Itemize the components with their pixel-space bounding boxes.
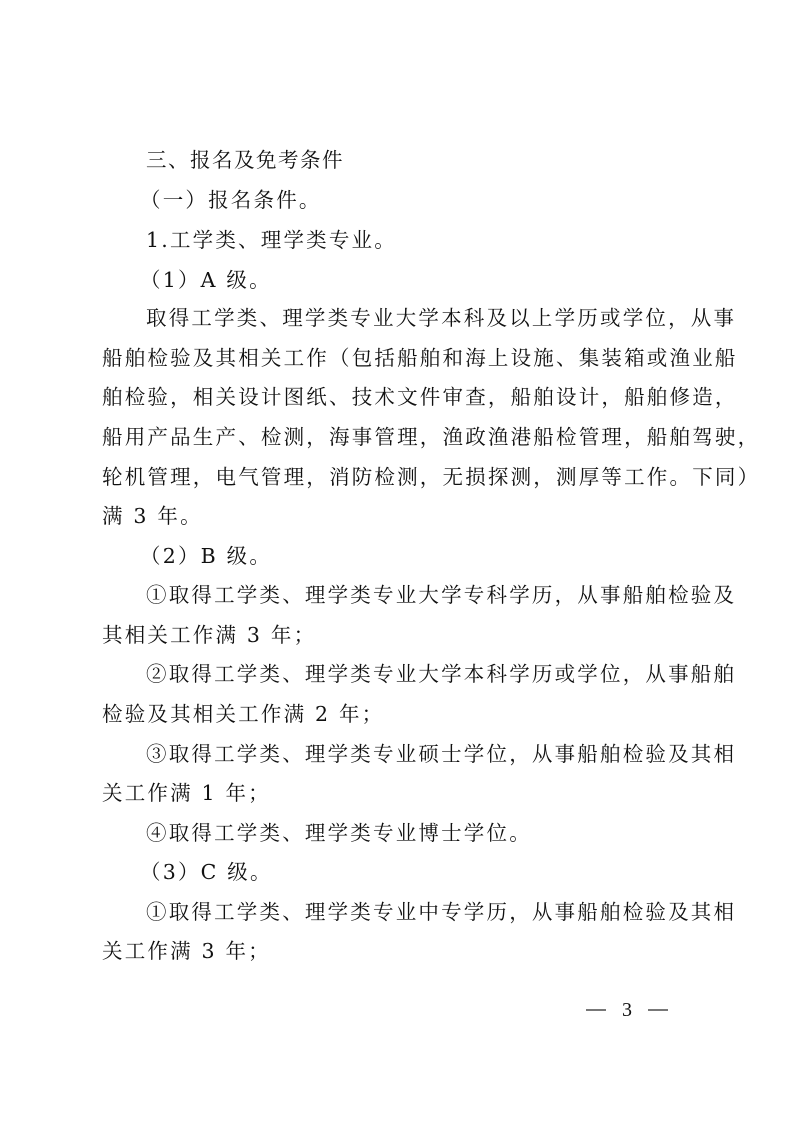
- level-c-label: （3）C 级。: [140, 858, 730, 886]
- level-b-label: （2）B 级。: [140, 542, 730, 570]
- dash-right-icon: [648, 1009, 668, 1011]
- paragraph-line: ①取得工学类、理学类专业大学专科学历，从事船舶检验及: [146, 581, 692, 609]
- document-page: 三、报名及免考条件 （一）报名条件。 1.工学类、理学类专业。 （1）A 级。 …: [0, 0, 793, 1122]
- paragraph-line: ①取得工学类、理学类专业中专学历，从事船舶检验及其相: [146, 898, 692, 926]
- paragraph-line: 其相关工作满 3 年；: [102, 621, 692, 649]
- paragraph-line: 关工作满 1 年；: [102, 779, 692, 807]
- level-a-label: （1）A 级。: [140, 266, 730, 294]
- paragraph-line: ④取得工学类、理学类专业博士学位。: [146, 819, 736, 847]
- section-heading: 三、报名及免考条件: [146, 146, 736, 174]
- paragraph-line: ③取得工学类、理学类专业硕士学位，从事船舶检验及其相: [146, 740, 692, 768]
- paragraph-line: 舶检验，相关设计图纸、技术文件审查，船舶设计，船舶修造，: [102, 383, 692, 411]
- paragraph-line: ②取得工学类、理学类专业大学本科学历或学位，从事船舶: [146, 660, 692, 688]
- page-number-value: 3: [622, 998, 632, 1022]
- paragraph-line: 取得工学类、理学类专业大学本科及以上学历或学位，从事: [146, 304, 692, 332]
- subsection-heading: （一）报名条件。: [140, 186, 730, 214]
- paragraph-line: 满 3 年。: [102, 502, 692, 530]
- item-heading: 1.工学类、理学类专业。: [146, 226, 736, 254]
- paragraph-line: 检验及其相关工作满 2 年；: [102, 700, 692, 728]
- dash-left-icon: [586, 1009, 606, 1011]
- paragraph-line: 关工作满 3 年；: [102, 937, 692, 965]
- paragraph-line: 船用产品生产、检测，海事管理，渔政渔港船检管理，船舶驾驶，: [102, 423, 692, 451]
- paragraph-line: 轮机管理，电气管理，消防检测，无损探测，测厚等工作。下同）: [102, 463, 692, 491]
- page-number: 3: [586, 998, 686, 1022]
- paragraph-line: 船舶检验及其相关工作（包括船舶和海上设施、集装箱或渔业船: [102, 344, 692, 372]
